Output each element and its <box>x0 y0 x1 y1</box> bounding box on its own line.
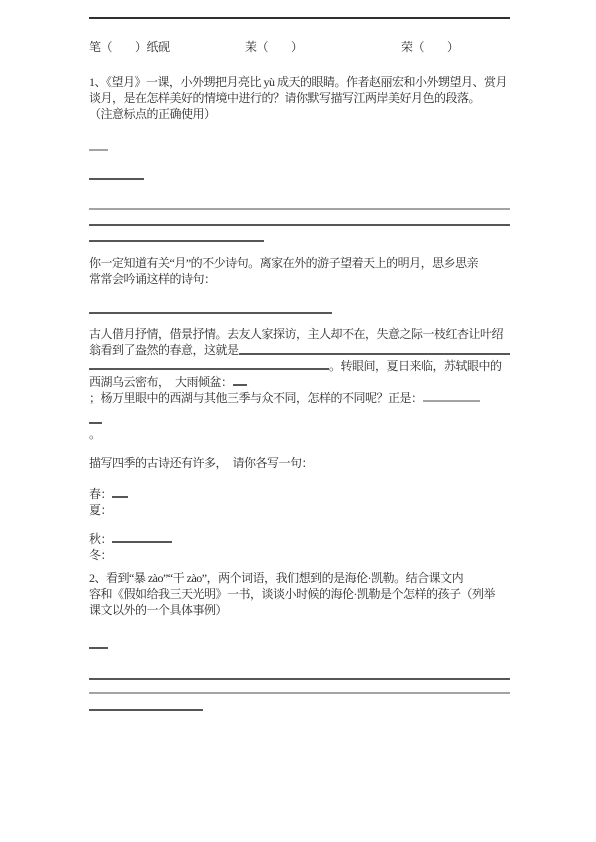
answer-blank-short-1 <box>89 149 108 151</box>
seasons-poem-paragraph: 古人借月抒情，借景抒情。去友人家探访，主人却不在，失意之际一枝红杏让叶绍 翁看到… <box>89 326 510 406</box>
character-fill-row: 笔（ ）纸砚 茉（ ） 荣（ ） <box>89 38 510 54</box>
answer-blank-medium-3 <box>89 312 332 314</box>
fill-char-item-2: 茉（ ） <box>245 38 303 55</box>
moon-poem-prompt-line-2: 常常会吟诵这样的诗句： <box>89 271 510 287</box>
trailing-period: 。 <box>89 426 510 442</box>
autumn-answer-blank <box>112 531 172 543</box>
question-1-line-2: 谈月，是在怎样美好的情境中进行的？请你默写描写江两岸美好月色的段落。 <box>89 90 510 106</box>
fill-char-item-3: 荣（ ） <box>401 38 459 55</box>
question-2: 2、看到“暴 zào”“干 zào”，两个词语，我们想到的是海伦·凯勒。结合课文… <box>89 570 510 618</box>
inline-answer-blank-3 <box>233 374 247 386</box>
answer-blank-full-4 <box>89 692 510 694</box>
seasons-poem-line-5: ；杨万里眼中的西湖与其他三季与众不同，怎样的不同呢？正是： <box>89 390 510 406</box>
answer-blank-short-2 <box>89 422 102 424</box>
seasons-poem-line-5-text: ；杨万里眼中的西湖与其他三季与众不同，怎样的不同呢？正是： <box>89 391 423 405</box>
question-2-line-2: 容和《假如给我三天光明》一书，谈谈小时候的海伦·凯勒是个怎样的孩子（列举 <box>89 586 510 602</box>
season-spring-line: 春： <box>89 486 510 502</box>
four-seasons-prompt-text: 描写四季的古诗还有许多， 请你各写一句： <box>89 455 510 471</box>
answer-blank-full-1 <box>89 208 510 210</box>
fill-char-item-1: 笔（ ）纸砚 <box>89 38 170 55</box>
inline-answer-blank-2 <box>89 358 329 370</box>
answer-blank-short-3 <box>89 647 108 649</box>
seasons-poem-line-1: 古人借月抒情，借景抒情。去友人家探访，主人却不在，失意之际一枝红杏让叶绍 <box>89 326 510 342</box>
answer-blank-full-3 <box>89 678 510 680</box>
question-2-line-1: 2、看到“暴 zào”“干 zào”，两个词语，我们想到的是海伦·凯勒。结合课文… <box>89 570 510 586</box>
question-1: 1、《望月》一课，小外甥把月亮比 yù 成天的眼睛。作者赵丽宏和小外甥望月、赏月… <box>89 74 510 122</box>
worksheet-page: 笔（ ）纸砚 茉（ ） 荣（ ） 1、《望月》一课，小外甥把月亮比 yù 成天的… <box>89 0 510 711</box>
season-autumn-line: 秋： <box>89 531 510 547</box>
seasons-poem-line-4: 西湖乌云密布， 大雨倾盆： <box>89 374 510 390</box>
season-autumn-label: 秋： <box>89 532 112 546</box>
season-summer-label: 夏： <box>89 502 510 518</box>
seasons-poem-line-3: 。转眼间，夏日来临，苏轼眼中的 <box>89 358 510 374</box>
season-summer-line: 夏： <box>89 502 510 518</box>
seasons-poem-line-2-text: 翁看到了盎然的春意，这就是 <box>89 342 239 358</box>
season-spring-label: 春： <box>89 487 112 501</box>
season-winter-line: 冬： <box>89 547 510 563</box>
question-1-line-3: （注意标点的正确使用） <box>89 106 510 122</box>
answer-blank-medium-4 <box>89 709 203 711</box>
inline-answer-blank-1 <box>239 342 510 355</box>
question-2-line-3: 课文以外的一个具体事例） <box>89 602 510 618</box>
season-winter-label: 冬： <box>89 547 510 563</box>
moon-poem-prompt-line-1: 你一定知道有关“月”的不少诗句。离家在外的游子望着天上的明月，思乡思亲 <box>89 255 510 271</box>
seasons-poem-line-4-text: 西湖乌云密布， 大雨倾盆： <box>89 375 233 389</box>
seasons-poem-line-3-text: 。转眼间，夏日来临，苏轼眼中的 <box>329 359 502 373</box>
answer-blank-medium-2 <box>89 240 264 242</box>
trailing-period-line: 。 <box>89 426 510 442</box>
seasons-poem-line-2: 翁看到了盎然的春意，这就是 <box>89 342 510 358</box>
moon-poem-prompt: 你一定知道有关“月”的不少诗句。离家在外的游子望着天上的明月，思乡思亲 常常会吟… <box>89 255 510 287</box>
inline-answer-blank-4 <box>423 390 480 402</box>
answer-blank-full-2 <box>89 224 510 226</box>
answer-blank-medium-1 <box>89 178 144 180</box>
top-divider-rule <box>89 17 510 19</box>
question-1-line-1: 1、《望月》一课，小外甥把月亮比 yù 成天的眼睛。作者赵丽宏和小外甥望月、赏月 <box>89 74 510 90</box>
four-seasons-prompt: 描写四季的古诗还有许多， 请你各写一句： <box>89 455 510 471</box>
spring-answer-blank <box>112 486 128 498</box>
